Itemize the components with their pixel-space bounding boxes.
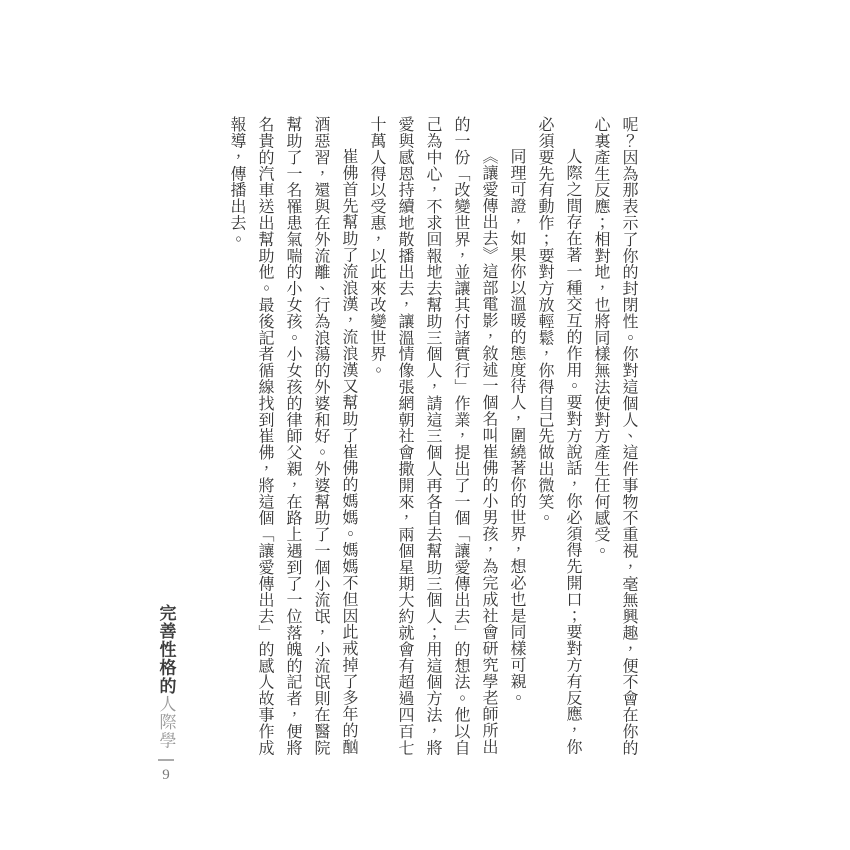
paragraph-3: 同理可證，如果你以溫暖的態度待人，圍繞著你的世界，想必也是同樣可親。: [502, 116, 530, 757]
page-number: 9: [162, 768, 170, 783]
footer-series-title: 完善性格的: [157, 604, 176, 695]
paragraph-5: 崔佛首先幫助了流浪漢，流浪漢又幫助了崔佛的媽媽。媽媽不但因此戒掉了多年的酗酒惡習…: [222, 116, 362, 757]
paragraph-2: 人際之間存在著一種交互的作用。要對方說話，你必須得先開口；要對方有反應，你必須要…: [530, 116, 586, 757]
footer-book-title: 人際學: [157, 695, 176, 750]
page-footer: 完善性格的人際學 9: [150, 604, 182, 783]
paragraph-1: 呢？因為那表示了你的封閉性。你對這個人、這件事物不重視，毫無興趣，便不會在你的心…: [586, 116, 642, 757]
footer-dash-rule: [158, 759, 174, 761]
footer-title: 完善性格的人際學: [158, 604, 175, 750]
body-text-block: 呢？因為那表示了你的封閉性。你對這個人、這件事物不重視，毫無興趣，便不會在你的心…: [222, 116, 642, 757]
paragraph-4: 《讓愛傳出去》這部電影，敘述一個名叫崔佛的小男孩，為完成社會研究學老師所出的一份…: [362, 116, 502, 757]
book-page: 呢？因為那表示了你的封閉性。你對這個人、這件事物不重視，毫無興趣，便不會在你的心…: [0, 0, 850, 850]
